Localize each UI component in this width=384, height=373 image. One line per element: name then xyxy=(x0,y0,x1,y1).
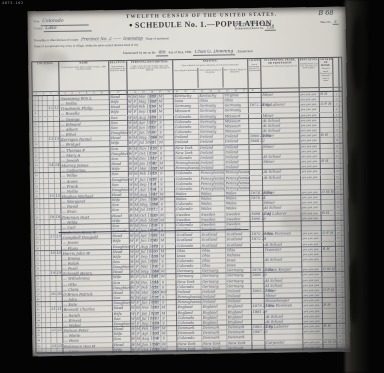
line-number-right-cell: 50 xyxy=(337,344,343,349)
enumeration-district-field: Enumeration District No. 128 xyxy=(235,24,339,30)
children-cell xyxy=(167,347,177,352)
enumerated-mid: day of June, 1900, xyxy=(169,50,193,54)
census-document: TWELFTH CENSUS OF THE UNITED STATES. ●SC… xyxy=(27,7,350,357)
group-sub: of each person TEN years of age and over… xyxy=(262,66,298,69)
census-table: LOCATION. NAME of each person whose plac… xyxy=(31,57,346,354)
district-fields: Supervisor's District No. 2 Sheet No. 6 … xyxy=(235,20,339,31)
city-label: Name of incorporated city, town, or vill… xyxy=(34,43,123,48)
group-label: EDUCATION. xyxy=(300,59,318,62)
table-header: LOCATION. NAME of each person whose plac… xyxy=(32,58,341,97)
page-mark: B 68 xyxy=(318,9,333,17)
age-cell: 43 xyxy=(154,347,161,352)
scan-artifact xyxy=(349,258,360,324)
nativity-mother-col: Place of birth of Mother of this person. xyxy=(222,67,247,87)
division-label: Township or other division of county xyxy=(34,38,79,43)
scan-artifact xyxy=(350,148,360,206)
group-label: CITIZENSHIP. xyxy=(249,60,260,63)
document-header: TWELFTH CENSUS OF THE UNITED STATES. ●SC… xyxy=(27,7,346,62)
sheet-label: Sheet No. xyxy=(320,20,331,24)
ward-label: Ward of city xyxy=(124,43,138,47)
birth-date-cell: Oct 1856 xyxy=(141,347,154,352)
enumerated-day: 4th xyxy=(156,50,167,56)
state-county-fields: State Colorado County Lake xyxy=(34,17,174,32)
enumerated-post: , Enumerator. xyxy=(236,49,253,53)
state-label: State xyxy=(34,19,40,23)
education-cell: yes yes yes xyxy=(303,345,323,350)
institution-label: Name of institution xyxy=(146,36,169,40)
ownership-cell xyxy=(323,344,337,349)
group-sub: Color or race. Sex. Date of birth. Age a… xyxy=(128,65,172,73)
scan-artifact xyxy=(352,16,365,90)
county-value: Lake xyxy=(43,25,91,32)
enumerated-pre: Enumerated by me on the xyxy=(123,50,156,54)
nativity-person-col: Place of birth of this Person. xyxy=(174,68,198,88)
group-label: LOCATION. xyxy=(33,63,58,66)
sheet-value: 6 xyxy=(332,19,339,25)
group-sub: Year of immigration. Years in U.S. Natur… xyxy=(249,63,260,72)
birthplace-person-cell: New York xyxy=(177,346,202,351)
group-label: RELATION. xyxy=(110,62,126,65)
birthplace-father-cell: New York xyxy=(202,346,227,351)
group-sub: of each person whose place of abode on J… xyxy=(60,66,108,71)
occupation-cell xyxy=(265,345,303,351)
enumerated-field: Enumerated by me on the 4th day of June,… xyxy=(68,48,308,57)
county-label: County xyxy=(34,26,43,30)
division-value: Precinct No. 2 —— Township xyxy=(79,36,145,43)
table-body: 1 Gassaway Wm L Head W M Mar 1861 39 M K… xyxy=(33,92,346,353)
group-sub: Relationship of each person to the head … xyxy=(110,65,126,72)
group-sub: Attended school. Can read. Can write. Ca… xyxy=(300,63,318,70)
enumeration-district-label: Enumeration District No. xyxy=(235,25,264,29)
enumerator-name: Chas G. Downing xyxy=(193,49,235,56)
film-frame-label: 4073-162 xyxy=(2,1,24,5)
citizenship-cell xyxy=(252,346,265,351)
nativity-subcolumns: Place of birth of this Person. Place of … xyxy=(174,67,247,88)
nativity-father-col: Place of birth of Father of this person. xyxy=(197,67,222,87)
group-label: OWNERSHIP OF HOME. xyxy=(320,59,332,68)
enumeration-district-value: 128 xyxy=(265,24,276,30)
birthplace-mother-cell: Vermont xyxy=(227,346,252,351)
group-sub: Owned or rented. Owned free or mortgaged… xyxy=(320,68,332,82)
scanned-census-page: 4073-162 TWELFTH CENSUS OF THE UNITED ST… xyxy=(0,0,384,373)
relation-cell: Wife xyxy=(113,348,131,353)
name-cell: — Lucy xyxy=(63,348,113,354)
county-field: County Lake xyxy=(34,24,174,33)
